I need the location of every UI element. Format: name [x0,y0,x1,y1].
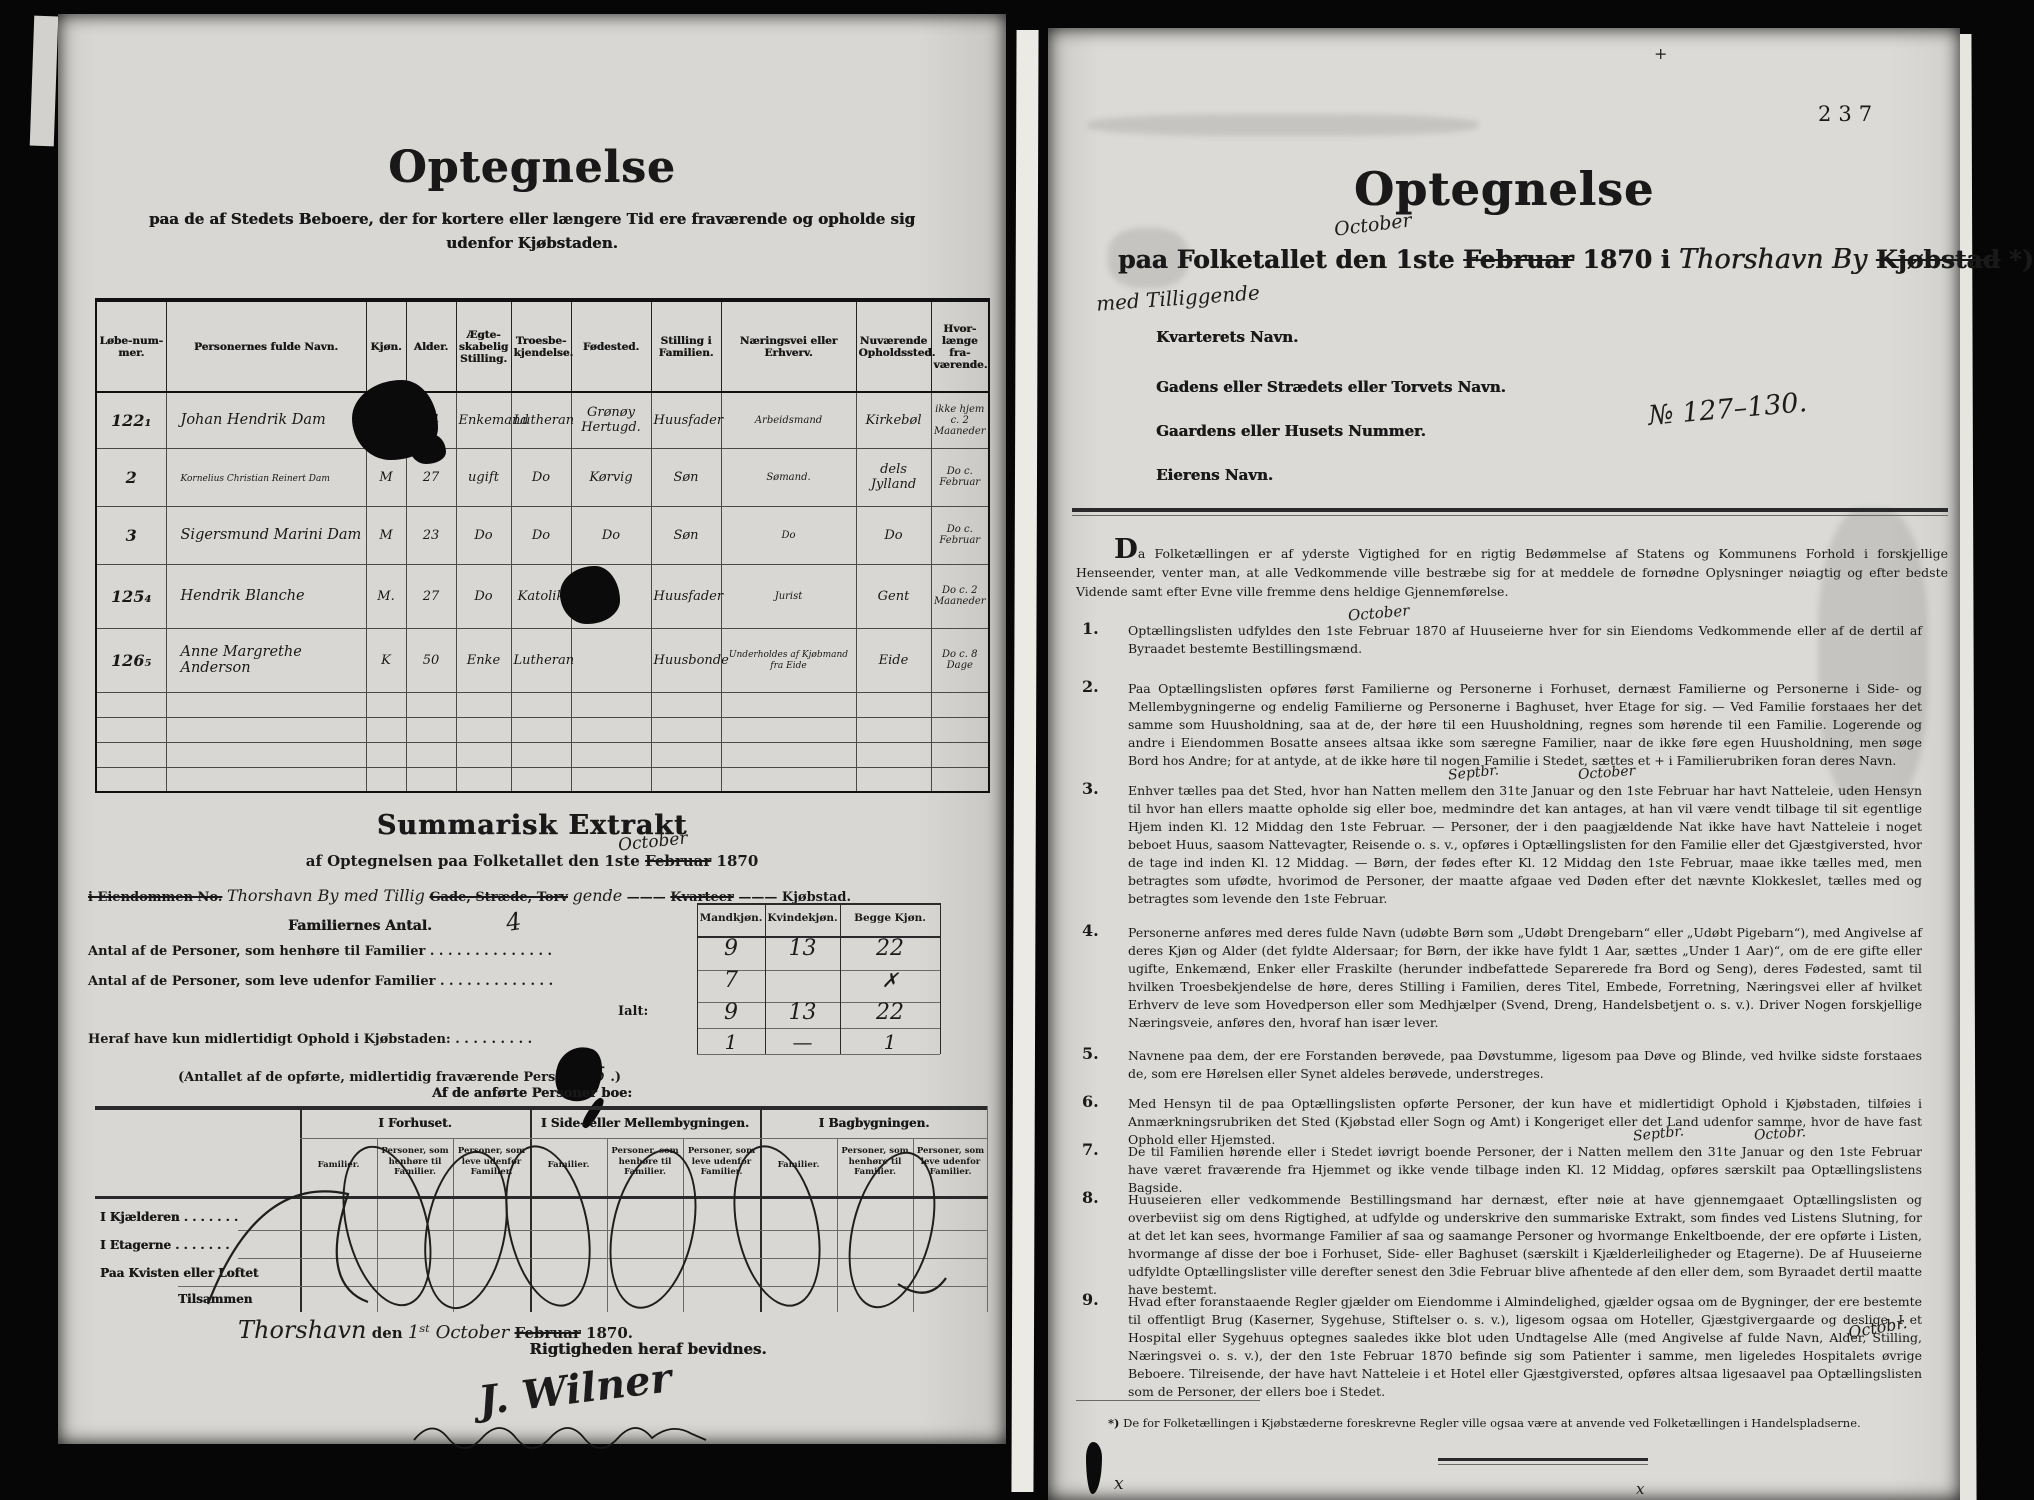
instruction-item-6: 6. Med Hensyn til de paa Optællingsliste… [1128,1095,1922,1149]
item-number: 9. [1082,1291,1099,1309]
summary-ialt-label: Ialt: [618,1004,648,1019]
table-cell [511,717,571,742]
table-cell [651,767,721,792]
table-cell: Eide [856,628,931,692]
table-cell: Huusfader [651,564,721,628]
table-cell: Do [571,506,651,564]
summary-col-beggekjon: Begge Kjøn. [840,912,940,924]
bottom-center-rule [1438,1458,1648,1461]
header-rule-thin [1072,515,1948,516]
table-cell: Enkemand [456,392,511,448]
field-gaardens-nummer: Gaardens eller Husets Nummer. [1156,422,1426,440]
table-cell: ikke hjem c. 2 Maaneder [931,392,989,448]
table-cell: dels Jylland [856,448,931,506]
summary-row1-label: Antal af de Personer, som henhøre til Fa… [88,944,552,959]
column-header: Næringsvei eller Erhverv. [721,300,856,392]
left-page: Optegnelse paa de af Stedets Beboere, de… [58,14,1006,1444]
column-header: Troesbe-kjendelse. [511,300,571,392]
boe-heading: Af de anførte Personer boe: [58,1086,1006,1101]
table-cell [721,742,856,767]
table-cell [571,767,651,792]
table-cell [511,692,571,717]
instruction-item-8: 8. Huuseieren eller vedkommende Bestilli… [1128,1191,1922,1299]
summary-value: 1 [697,1030,765,1054]
summary-value: 1 [840,1030,940,1054]
summary-rule [697,1028,940,1029]
extract-subtitle-year: 1870 [717,852,759,870]
summary-value: 22 [840,1000,940,1025]
instruction-item-9: 9. Hvad efter foranstaaende Regler gjæld… [1128,1293,1922,1401]
table-cell: Arbeidsmand [721,392,856,448]
table-cell [96,692,166,717]
table-cell [366,767,406,792]
absentees-table: Løbe-num-mer.Personernes fulde Navn.Kjøn… [95,298,990,793]
summary-value: 9 [697,1000,765,1025]
summary-value: 22 [840,936,940,961]
table-cell [931,767,989,792]
scanned-census-document: Optegnelse paa de af Stedets Beboere, de… [0,0,2034,1500]
table-cell [366,717,406,742]
table-cell: Do [511,506,571,564]
item-text: Huuseieren eller vedkommende Bestillings… [1128,1192,1922,1297]
table-cell: Lutheran [511,628,571,692]
table-cell: 23 [406,506,456,564]
table-cell [856,767,931,792]
table-cell: Do c. Februar [931,448,989,506]
instruction-item-2: 2. Paa Optællingslisten opføres først Fa… [1128,680,1922,770]
table-cell [366,742,406,767]
familiernes-value-hw: 4 [504,907,523,937]
table-cell [406,742,456,767]
table-cell: 27 [406,564,456,628]
empty-table-row [96,692,989,717]
summary-value: 9 [697,936,765,961]
table-cell [931,717,989,742]
item-text: Personerne anføres med deres fulde Navn … [1128,925,1922,1030]
summary-value: 13 [765,936,840,961]
ink-blot [560,566,620,624]
table-cell: Hendrik Blanche [166,564,366,628]
table-cell [571,628,651,692]
bleedthrough-smudge [1088,114,1478,136]
column-header: Kjøn. [366,300,406,392]
group-bagbygningen: I Bagbygningen. [760,1116,988,1130]
table-cell: Gent [856,564,931,628]
table-cell [856,742,931,767]
eiendommen-dash: ——— [627,890,666,905]
footnote-marker: *) [1108,1416,1119,1430]
footnote-rule [1076,1400,1260,1401]
summary-heraf-label: Heraf have kun midlertidigt Ophold i Kjø… [88,1032,532,1047]
flourish-stroke [198,1134,958,1324]
x-mark-hw: x [1114,1474,1124,1494]
table-cell: 3 [96,506,166,564]
table-cell: ugift [456,448,511,506]
table-cell [856,692,931,717]
table-cell: K [366,628,406,692]
table-cell: Sigersmund Marini Dam [166,506,366,564]
table-cell: 125₄ [96,564,166,628]
item-text: Optællingslisten udfyldes den 1ste Febru… [1128,623,1922,656]
group-mellembygningen: I Side- eller Mellembygningen. [530,1116,760,1130]
familiernes-label: Familiernes Antal. [288,918,432,934]
note-post: .) [610,1070,621,1085]
right-page: 237 + Optegnelse October paa Folketallet… [1048,28,1960,1500]
table-cell: Huusbonde [651,628,721,692]
table-cell [456,717,511,742]
table-cell [856,717,931,742]
item-text: De til Familien hørende eller i Stedet i… [1128,1144,1922,1195]
table-cell: Kirkebøl [856,392,931,448]
eiendommen-hw-place: Thorshavn By med Tillig [227,886,425,905]
column-header: Alder. [406,300,456,392]
date-den: den [372,1324,403,1342]
item-number: 1. [1082,620,1099,638]
item-number: 3. [1082,780,1099,798]
summary-vline [940,903,941,1054]
table-cell [166,717,366,742]
summary-col-kvindekjon: Kvindekjøn. [765,912,840,924]
table-cell [931,692,989,717]
summary-value: ✗ [840,968,940,992]
table-cell [96,767,166,792]
table-cell: M [366,506,406,564]
item-number: 7. [1082,1141,1099,1159]
left-subtitle-line2: udenfor Kjøbstaden. [58,234,1006,252]
table-row: 125₄Hendrik BlancheM.27DoKatolikHuusfade… [96,564,989,628]
table-cell [651,717,721,742]
item3-hw-october: October [1578,763,1636,783]
table-row: 122₁Johan Hendrik Dam64EnkemandLutheranG… [96,392,989,448]
item-text: Hvad efter foranstaaende Regler gjælder … [1128,1294,1922,1399]
group-forhuset: I Forhuset. [300,1116,530,1130]
column-header: Ægte-skabelig Stilling. [456,300,511,392]
table-cell [651,692,721,717]
table-cell [931,742,989,767]
table-cell [366,692,406,717]
column-header: Løbe-num-mer. [96,300,166,392]
right-page-title: Optegnelse [1048,162,1960,216]
header-rule-thick [1072,508,1948,512]
ink-blot [410,434,446,464]
residence-top-rule [95,1106,988,1110]
summary-rule [697,903,940,905]
table-cell [721,692,856,717]
table-cell: Søn [651,506,721,564]
column-header: Nuværende Opholdssted. [856,300,931,392]
empty-table-row [96,767,989,792]
table-cell: 122₁ [96,392,166,448]
signature-flourish [408,1406,768,1452]
field-kvarterets-navn: Kvarterets Navn. [1156,328,1298,346]
table-cell [511,742,571,767]
empty-table-row [96,717,989,742]
table-cell [721,767,856,792]
table-cell: Grønøy Hertugd. [571,392,651,448]
summary-value: 13 [765,1000,840,1025]
table-cell [456,742,511,767]
x-mark-hw: x [1636,1480,1644,1498]
table-cell: Enke [456,628,511,692]
table-cell [571,742,651,767]
table-cell [571,692,651,717]
item-text: Paa Optællingslisten opføres først Famil… [1128,681,1922,768]
heading-struck-month: Februar [1463,245,1574,274]
instruction-item-4: 4. Personerne anføres med deres fulde Na… [1128,924,1922,1032]
column-header: Fødested. [571,300,651,392]
item-text: Enhver tælles paa det Sted, hvor han Nat… [1128,783,1922,906]
table-cell: Do c. Februar [931,506,989,564]
table-cell: Lutheran [511,392,571,448]
heading-footnote-ref: *). [2009,245,2034,274]
eiendommen-pre: i Eiendommen No. [88,890,222,905]
table-cell: Do [721,506,856,564]
table-cell [406,717,456,742]
spine-page-edge [1011,30,1038,1492]
intro-paragraph: Da Folketællingen er af yderste Vigtighe… [1076,540,1948,601]
attest-line: Rigtigheden heraf bevidnes. [488,1340,808,1358]
item-text: Navnene paa dem, der ere Forstanden berø… [1128,1048,1922,1081]
summary-value: — [765,1030,840,1054]
table-cell: Do c. 8 Dage [931,628,989,692]
residence-vline [987,1106,988,1312]
heading-hw-place: Thorshavn By [1679,244,1867,275]
extract-subtitle-struck-month: Februar [645,852,711,870]
table-cell: Huusfader [651,392,721,448]
table-cell [651,742,721,767]
table-cell: Kornelius Christian Reinert Dam [166,448,366,506]
table-cell [721,717,856,742]
eiendommen-hw-suffix: gende [573,886,623,905]
table-cell [571,717,651,742]
heading-mid: 1870 i [1582,245,1670,274]
column-header: Personernes fulde Navn. [166,300,366,392]
empty-table-row [96,742,989,767]
summary-value: 7 [697,968,765,993]
table-cell: Anne Margrethe Anderson [166,628,366,692]
table-cell: Jurist [721,564,856,628]
column-header: Hvor-længe fra-værende. [931,300,989,392]
field-eierens-navn: Eierens Navn. [1156,466,1273,484]
table-cell: Do [856,506,931,564]
table-cell: Do [456,564,511,628]
ink-drip [1086,1442,1102,1494]
item-number: 5. [1082,1045,1099,1063]
table-cell [96,742,166,767]
heading-line: paa Folketallet den 1ste Februar 1870 i … [1118,244,2034,275]
page-number: 237 [1818,102,1879,126]
heading-pre: paa Folketallet den 1ste [1118,245,1454,274]
table-cell: Underholdes af Kjøbmand fra Eide [721,628,856,692]
table-row: 3Sigersmund Marini DamM23DoDoDoSønDoDoDo… [96,506,989,564]
item-number: 2. [1082,678,1099,696]
instruction-item-5: 5. Navnene paa dem, der ere Forstanden b… [1128,1047,1922,1083]
item-number: 6. [1082,1093,1099,1111]
table-cell: Søn [651,448,721,506]
summary-rule [697,1054,940,1055]
table-cell: 50 [406,628,456,692]
heading-struck-kjobstad: Kjøbstad [1876,245,2000,274]
item-number: 8. [1082,1189,1099,1207]
table-cell [406,767,456,792]
instruction-item-7: 7. De til Familien hørende eller i Stede… [1128,1143,1922,1197]
table-cell [456,767,511,792]
table-row: 2Kornelius Christian Reinert DamM27ugift… [96,448,989,506]
left-page-edge [30,16,59,147]
bottom-center-rule-thin [1438,1464,1648,1465]
table-row: 126₅Anne Margrethe AndersonK50EnkeLuther… [96,628,989,692]
footnote-text: De for Folketællingen i Kjøbstæderne for… [1123,1416,1861,1430]
item-number: 4. [1082,922,1099,940]
field-gadens-navn: Gadens eller Strædets eller Torvets Navn… [1156,378,1506,396]
extract-subtitle: af Optegnelsen paa Folketallet den 1ste … [58,852,1006,870]
summary-col-mandkjon: Mandkjøn. [697,912,765,924]
table-cell: 126₅ [96,628,166,692]
table-cell: 2 [96,448,166,506]
table-cell [166,742,366,767]
eiendommen-struck: Gade, Stræde, Torv [429,890,568,905]
extract-title: Summarisk Extrakt [58,810,1006,841]
table-cell: Do [511,448,571,506]
table-cell [96,717,166,742]
table-cell [166,767,366,792]
left-subtitle-line1: paa de af Stedets Beboere, der for korte… [58,210,1006,228]
table-cell: Sømand. [721,448,856,506]
column-header: Stilling i Familien. [651,300,721,392]
date-place-hw: Thorshavn [238,1316,366,1344]
footnote: *) De for Folketællingen i Kjøbstæderne … [1108,1416,1918,1430]
plus-mark-hw: + [1654,44,1667,63]
instruction-item-3: 3. Enhver tælles paa det Sted, hvor han … [1128,782,1922,908]
summary-row2-label: Antal af de Personer, som leve udenfor F… [88,974,553,989]
table-cell [511,767,571,792]
table-cell: Johan Hendrik Dam [166,392,366,448]
table-cell: Do [456,506,511,564]
house-number-hw: № 127–130. [1647,387,1808,432]
table-cell: Kørvig [571,448,651,506]
table-cell: M. [366,564,406,628]
table-cell [406,692,456,717]
table-cell [166,692,366,717]
extract-subtitle-pre: af Optegnelsen paa Folketallet den 1ste [306,852,640,870]
table-cell [456,692,511,717]
left-page-title: Optegnelse [58,142,1006,193]
instruction-item-1: 1. Optællingslisten udfyldes den 1ste Fe… [1128,622,1922,658]
note-pre: (Antallet af de opførte, midlertidig fra… [178,1070,589,1085]
table-cell: Do c. 2 Maaneder [931,564,989,628]
heading-hw-below: med Tilliggende [1095,280,1260,315]
